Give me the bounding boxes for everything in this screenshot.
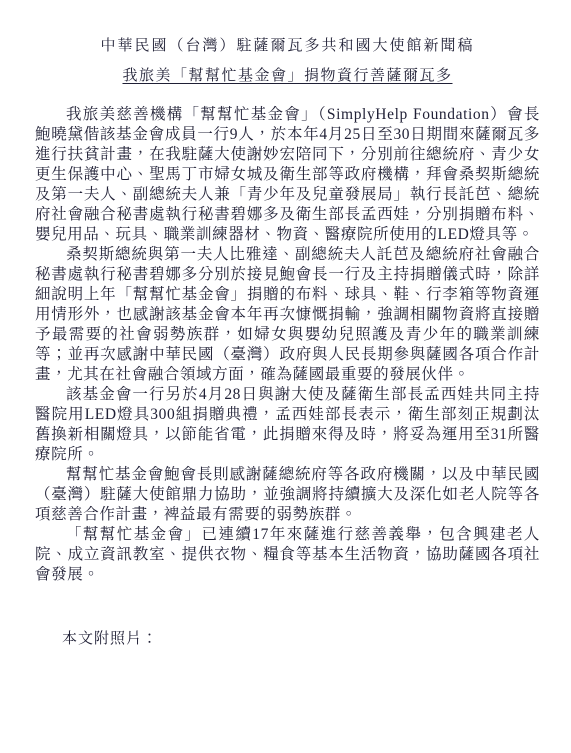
paragraph-1: 我旅美慈善機構「幫幫忙基金會」（SimplyHelp Foundation）會長… (35, 105, 540, 245)
press-release-page: 中華民國（台灣）駐薩爾瓦多共和國大使館新聞稿 我旅美「幫幫忙基金會」捐物資行善薩… (0, 0, 571, 753)
attachment-note: 本文附照片： (35, 629, 540, 649)
paragraph-2: 桑契斯總統與第一夫人比雅達、副總統夫人託芭及總統府社會融合秘書處執行秘書碧娜多分… (35, 245, 540, 385)
paragraph-3: 該基金會一行另於4月28日與謝大使及薩衛生部長孟西娃共同主持醫院用LED燈具30… (35, 385, 540, 465)
paragraph-4: 幫幫忙基金會鮑會長則感謝薩總統府等各政府機關，以及中華民國（臺灣）駐薩大使館鼎力… (35, 465, 540, 525)
paragraph-5: 「幫幫忙基金會」已連續17年來薩進行慈善義舉，包含興建老人院、成立資訊教室、提供… (35, 525, 540, 585)
document-body: 我旅美慈善機構「幫幫忙基金會」（SimplyHelp Foundation）會長… (35, 105, 540, 585)
document-subtitle: 我旅美「幫幫忙基金會」捐物資行善薩爾瓦多 (35, 66, 540, 86)
document-title: 中華民國（台灣）駐薩爾瓦多共和國大使館新聞稿 (35, 36, 540, 56)
